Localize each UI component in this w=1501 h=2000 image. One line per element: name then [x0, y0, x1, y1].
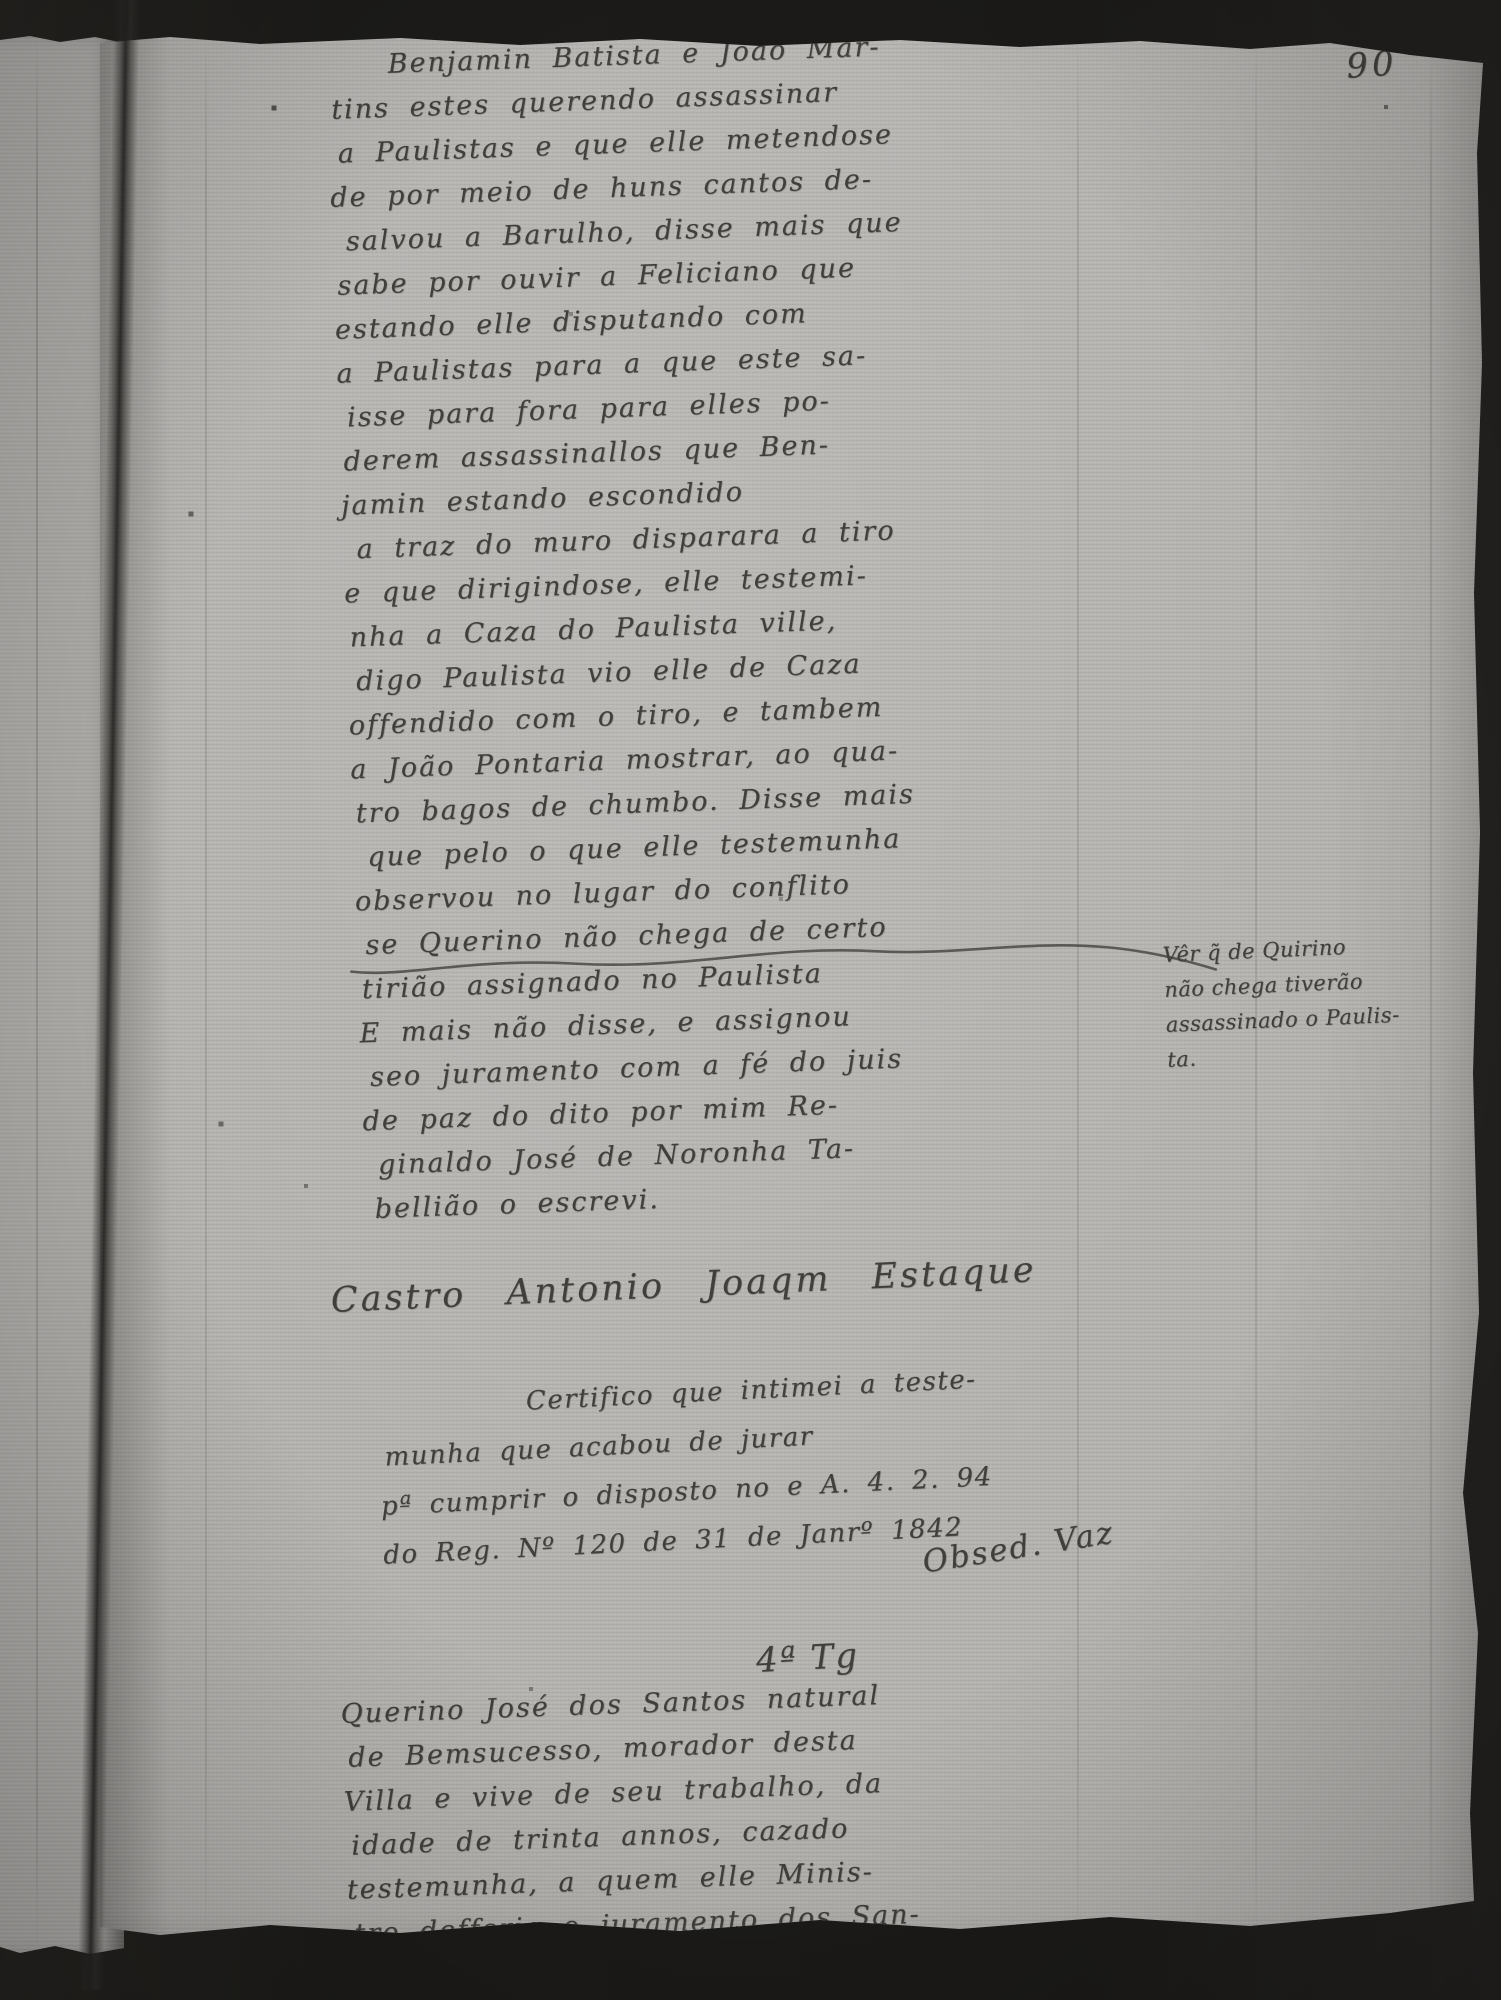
judge-signature: Castro Antonio Joaqm Estaque: [330, 1250, 1037, 1321]
paper-fold-line: [205, 33, 207, 1955]
margin-note: Vêr q̃ de Quirino não chega tiverão assa…: [1162, 924, 1498, 1078]
manuscript-page: 90 Benjamin Batista e João Mar- tins est…: [100, 33, 1483, 1955]
fourth-witness-paragraph: Querino José dos Santos natural de Bemsu…: [340, 1665, 1149, 1957]
ink-specks: [100, 33, 102, 35]
page-number: 90: [1345, 43, 1399, 86]
scanned-book-photo: 90 Benjamin Batista e João Mar- tins est…: [0, 0, 1501, 2000]
witness-section-heading: 4ª Tg: [755, 1636, 860, 1681]
testimony-paragraph: Benjamin Batista e João Mar- tins estes …: [325, 21, 1066, 1233]
